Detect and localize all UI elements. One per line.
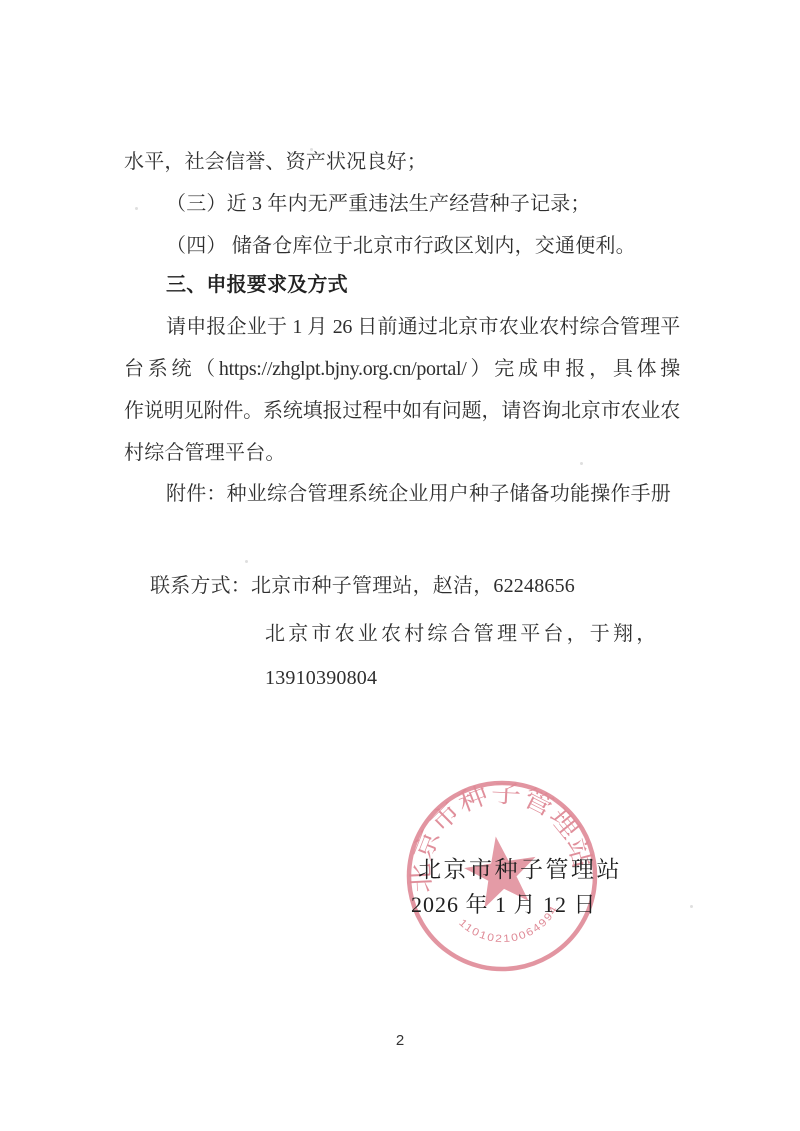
- list-item-3: （三）近 3 年内无严重违法生产经营种子记录；: [124, 189, 680, 219]
- scan-speckle: [245, 560, 248, 563]
- contact-line-1: 联系方式：北京市种子管理站，赵洁，62248656: [150, 571, 706, 601]
- signature-date: 2026 年 1 月 12 日: [411, 888, 597, 919]
- scan-speckle: [690, 905, 693, 908]
- contact-line-2: 北京市农业农村综合管理平台，于翔，: [265, 619, 800, 649]
- list-item-4: （四） 储备仓库位于北京市行政区划内，交通便利。: [124, 231, 680, 261]
- attachment-line: 附件：种业综合管理系统企业用户种子储备功能操作手册: [124, 479, 680, 509]
- body-intro-line: 水平，社会信誉、资产状况良好；: [124, 147, 680, 177]
- paragraph-line: 台系统（https://zhglpt.bjny.org.cn/portal/）完…: [124, 354, 680, 384]
- paragraph-line: 村综合管理平台。: [124, 438, 680, 468]
- section-heading: 三、申报要求及方式: [124, 270, 680, 300]
- page-number: 2: [0, 1032, 800, 1049]
- paragraph-line: 作说明见附件。系统填报过程中如有问题，请咨询北京市农业农: [124, 396, 680, 426]
- contact-line-3: 13910390804: [265, 663, 800, 693]
- paragraph-line: 请申报企业于 1 月 26 日前通过北京市农业农村综合管理平: [124, 312, 680, 342]
- signature-org: 北京市种子管理站: [418, 851, 622, 884]
- document-page: 水平，社会信誉、资产状况良好； （三）近 3 年内无严重违法生产经营种子记录； …: [0, 0, 800, 1131]
